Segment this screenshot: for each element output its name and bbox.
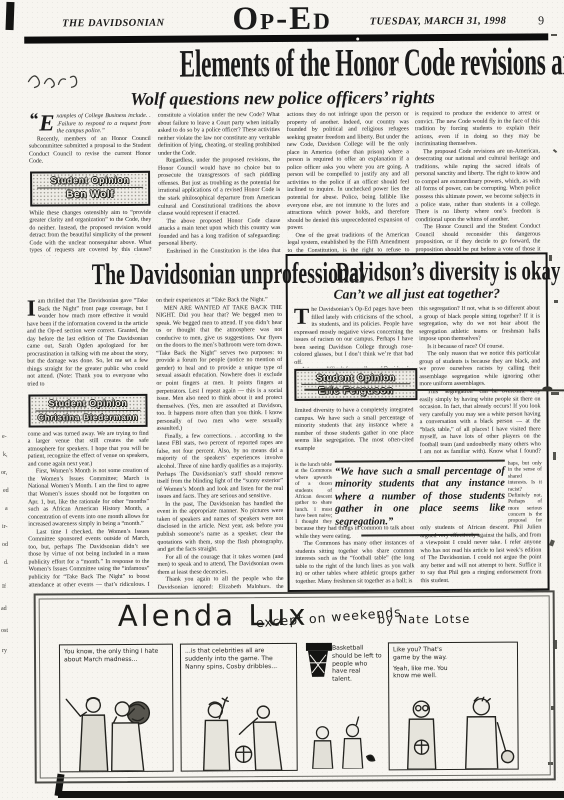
paragraph: this segregation? If not, what is so dif… (419, 305, 540, 343)
paragraph: because they had things in common to tal… (295, 525, 414, 541)
byline-box-ben-wolf: Student Opinion Ben Wolf (30, 171, 150, 207)
paragraph: haps, but only in the sense of shared in… (508, 460, 542, 524)
paragraph: Iam thrilled that The Davidsonian gave “… (27, 298, 149, 389)
comic-panel-4: Like you? That's game by the way. Yeah, … (388, 642, 519, 771)
paragraph: For all of the courage that it takes wom… (157, 554, 283, 577)
issue-date: TUESDAY, MARCH 31, 1998 (370, 16, 506, 28)
paragraph: The Davidsonian’s Op-Ed pages have been … (294, 306, 413, 367)
article-col1-top: The Davidsonian’s Op-Ed pages have been … (294, 306, 413, 368)
paragraph: In the past, The Davidsonian has handled… (157, 501, 283, 555)
article-col1-bottom: because they had things in common to tal… (295, 525, 414, 584)
paragraph: First, Women’s Month is not some creatio… (28, 468, 149, 529)
handwriting-scribble (24, 67, 96, 91)
article-col2-top: this segregation? If not, what is so dif… (419, 305, 541, 457)
paragraph: Recently, members of an Honor Council su… (29, 135, 151, 166)
author-name: Eric Ferguson (296, 385, 415, 397)
paragraph: Regardless, under the proposed revisions… (158, 157, 280, 218)
article-diversity-okay: Davidson’s diversity is okay Can’t we al… (286, 252, 550, 592)
paragraph: One of the great traditions of the Ameri… (287, 232, 409, 254)
paragraph: Last time I checked, the Women’s Issues … (28, 529, 149, 590)
main-article-col3: actions they do not infringe upon the pe… (287, 111, 410, 254)
comic-panel-3: Basketball should be left to people who … (300, 642, 385, 769)
article-subheadline: Can’t we all just eat together? (288, 285, 546, 303)
paragraph: on their experiences at “Take Back the N… (156, 297, 282, 305)
open-quote-mark: “ (29, 113, 40, 127)
paragraph: is required to produce the evidence to a… (415, 110, 540, 148)
drop-cap: T (294, 307, 311, 326)
article-col2-narrow: haps, but only in the sense of shared in… (508, 460, 542, 524)
main-subheadline: Wolf questions new police officers’ righ… (1, 86, 564, 110)
speech-text: ...is that celebrities all are suddenly … (181, 644, 296, 671)
paragraph: limited diversity to have a completely i… (294, 407, 413, 453)
paragraph: constitute a violation under the new Cod… (158, 112, 280, 158)
speech-text: You know, the only thing I hate about Ma… (60, 645, 172, 664)
paragraph: The Honor Council and the Student Conduc… (415, 224, 540, 254)
speech-text: Basketball should be left to people who … (332, 644, 382, 683)
drop-cap: E (39, 113, 56, 132)
basketball-hoop-icon (304, 643, 334, 701)
paragraph: Thank you again to all the people who th… (158, 576, 284, 589)
main-article-col1: “Examples of College Business include. .… (29, 113, 152, 256)
main-article-col4: is required to produce the evidence to a… (415, 110, 541, 253)
author-name: Christina Biedermann (31, 412, 146, 423)
comic-figures-facing-pair (389, 697, 514, 770)
lead-quote: “Examples of College Business include. .… (29, 113, 151, 136)
paragraph: is the lunch table at the Commons where … (295, 462, 332, 526)
comic-figures-small-pair (300, 716, 384, 769)
article-col1: Iam thrilled that The Davidsonian gave “… (27, 298, 150, 590)
paragraph: come and was turned away. We are trying … (28, 430, 149, 468)
comic-figures-two-players (60, 689, 169, 772)
comic-figures-wave-and-dribble (181, 696, 293, 771)
byline-box-eric-ferguson: Student Opinion Eric Ferguson (294, 368, 417, 401)
main-article-col2: constitute a violation under the new Cod… (158, 112, 281, 255)
drop-cap: I (27, 298, 38, 317)
article-col2-bottom: only students of African descent. Phil J… (420, 524, 541, 583)
speech-text-left: Like you? That's game by the way. (389, 643, 453, 662)
paragraph: only students of African descent. Phil J… (420, 524, 541, 583)
article-col1-narrow: is the lunch table at the Commons where … (295, 462, 332, 526)
paragraph: This “segregation” can be overcome very … (419, 388, 540, 457)
article-headline: Davidson’s diversity is okay (288, 255, 546, 288)
article-col1-mid: limited diversity to have a completely i… (294, 407, 413, 460)
paragraph: MEN ARE WANTED AT TAKE BACK THE NIGHT. D… (156, 305, 283, 434)
scan-artifact-line-blob (542, 386, 552, 391)
paragraph: While these changes ostensibly aim to “p… (29, 210, 151, 256)
author-name: Ben Wolf (32, 189, 148, 202)
speech-text-right: Yeah, like me. You know me well. (389, 662, 453, 681)
paragraph: The Commons has many other instances of … (295, 540, 414, 584)
newspaper-page: e- k, or, ed a ir- od d. If ad ost ry TH… (0, 0, 564, 800)
kicker-label: Student Opinion (35, 397, 140, 411)
page-number: 9 (538, 13, 544, 28)
paragraph: The above proposed Honor Code clause att… (158, 218, 280, 249)
comic-inner-border: Alenda Lux except on weekends by Nate Lo… (39, 595, 551, 778)
kicker-label: Student Opinion (37, 175, 143, 189)
comic-strip-alenda-lux: Alenda Lux except on weekends by Nate Lo… (34, 590, 556, 783)
article-headline: The Davidsonian unprofessional (22, 257, 285, 293)
comic-panel-2: ...is that celebrities all are suddenly … (180, 643, 298, 772)
comic-byline: by Nate Lotse (378, 612, 471, 627)
article-davidsonian-unprofessional: The Davidsonian unprofessional Iam thril… (22, 257, 287, 590)
paragraph: actions they do not infringe upon the pe… (287, 111, 410, 232)
comic-panel-1: You know, the only thing I hate about Ma… (59, 644, 174, 773)
paragraph: The proposed Code revisions are un-Ameri… (415, 148, 540, 224)
article-col2: on their experiences at “Take Back the N… (156, 297, 284, 589)
kicker-label: Student Opinion (301, 372, 410, 385)
paragraph: Finally, a few corrections. . .according… (157, 433, 283, 502)
byline-box-christina-biedermann: Student Opinion Christina Biedermann (28, 393, 147, 427)
paragraph: Enshrined in the Constitution is the ide… (159, 248, 281, 255)
paragraph: The only reason that we notice this part… (419, 351, 540, 389)
